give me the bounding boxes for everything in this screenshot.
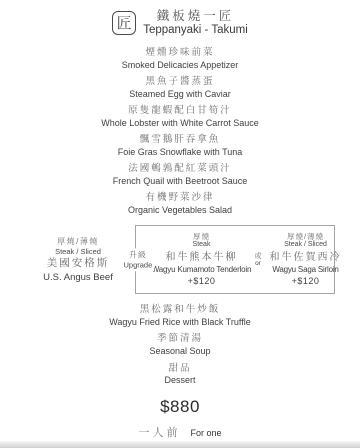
upgrade-options-box: 升級 Upgrade 厚燒 Steak 和牛熊本牛柳 Wagyu Kumamot… (135, 225, 335, 294)
upgrade-label: 升級 Upgrade (122, 248, 155, 271)
pricing-section: $880 一人前 For one (138, 396, 221, 440)
course-item-quail: 法國鵪鶉配紅菜頭汁 French Quail with Beetroot Sau… (113, 163, 248, 187)
course-name-zh: 黑松露和牛炒飯 (109, 304, 251, 317)
course-name-en: Seasonal Soup (149, 346, 210, 357)
upgrade-label-zh: 升級 (124, 250, 153, 260)
per-person-en: For one (190, 428, 221, 438)
or-label: 或 or (254, 253, 263, 268)
course-name-zh: 飄雪鵝肝吞拿魚 (118, 134, 243, 147)
beef-style-zh: 厚燒/薄燒 (263, 232, 349, 241)
restaurant-name-zh: 鐵板燒一匠 (143, 8, 248, 24)
course-item-soup: 季節清湯 Seasonal Soup (149, 333, 210, 357)
course-item-appetizer: 煙燻珍味前菜 Smoked Delicacies Appetizer (122, 47, 239, 71)
course-name-en: Wagyu Fried Rice with Black Truffle (109, 317, 251, 328)
or-label-zh: 或 (255, 253, 262, 261)
course-name-zh: 煙燻珍味前菜 (122, 47, 239, 60)
course-name-en: Dessert (164, 375, 195, 386)
beef-name-en: Wagyu Saga Sirloin (263, 265, 349, 275)
course-name-en: Whole Lobster with White Carrot Sauce (101, 118, 259, 129)
course-name-zh: 有機野菜沙律 (128, 192, 232, 205)
course-name-zh: 黑魚子醬蒸蛋 (129, 76, 231, 89)
menu-page: 匠 鐵板燒一匠 Teppanyaki - Takumi 煙燻珍味前菜 Smoke… (0, 0, 360, 440)
beef-name-zh: 和牛熊本牛柳 (150, 250, 254, 265)
course-name-en: Smoked Delicacies Appetizer (122, 60, 239, 71)
page-bottom-edge (0, 441, 360, 448)
restaurant-titles: 鐵板燒一匠 Teppanyaki - Takumi (143, 8, 248, 38)
beef-style-en: Steak / Sliced (26, 247, 131, 256)
course-item-steamed-egg: 黑魚子醬蒸蛋 Steamed Egg with Caviar (129, 76, 231, 100)
beef-style-en: Steak / Sliced (263, 241, 349, 249)
logo-character: 匠 (117, 16, 132, 31)
course-name-zh: 季節清湯 (149, 333, 210, 346)
course-item-dessert: 甜品 Dessert (164, 363, 195, 387)
course-item-foie-gras: 飄雪鵝肝吞拿魚 Foie Gras Snowflake with Tuna (118, 134, 243, 158)
upgrade-option-kumamoto-tenderloin: 厚燒 Steak 和牛熊本牛柳 Wagyu Kumamoto Tenderloi… (150, 232, 254, 287)
restaurant-name-en: Teppanyaki - Takumi (143, 24, 248, 38)
course-name-zh: 甜品 (164, 363, 195, 376)
beef-name-en: Wagyu Kumamoto Tenderloin (150, 265, 254, 275)
beef-style-en: Steak (150, 241, 254, 249)
course-name-en: Organic Vegetables Salad (128, 205, 232, 216)
beef-name-en: U.S. Angus Beef (26, 272, 131, 283)
beef-style-zh: 厚燒 (150, 232, 254, 241)
set-price: $880 (138, 396, 221, 418)
course-name-zh: 法國鵪鶉配紅菜頭汁 (113, 163, 248, 176)
course-name-en: Foie Gras Snowflake with Tuna (118, 147, 243, 158)
upgrade-price: +$120 (263, 275, 349, 288)
beef-name-zh: 美國安格斯 (26, 256, 131, 271)
or-label-en: or (255, 260, 262, 267)
base-beef-option: 厚燒/薄燒 Steak / Sliced 美國安格斯 U.S. Angus Be… (26, 237, 131, 283)
course-item-fried-rice: 黑松露和牛炒飯 Wagyu Fried Rice with Black Truf… (109, 304, 251, 328)
course-name-en: Steamed Egg with Caviar (129, 89, 231, 100)
per-person-zh: 一人前 (138, 424, 180, 440)
course-item-salad: 有機野菜沙律 Organic Vegetables Salad (128, 192, 232, 216)
beef-name-zh: 和牛佐賀西冷 (263, 250, 349, 265)
per-person-line: 一人前 For one (138, 424, 221, 440)
course-item-lobster: 原隻龍蝦配白甘筍汁 Whole Lobster with White Carro… (101, 105, 259, 129)
course-name-zh: 原隻龍蝦配白甘筍汁 (101, 105, 259, 118)
takumi-logo-icon: 匠 (112, 11, 136, 35)
beef-style-zh: 厚燒/薄燒 (26, 237, 131, 247)
upgrade-price: +$120 (150, 275, 254, 288)
beef-selection-section: 厚燒/薄燒 Steak / Sliced 美國安格斯 U.S. Angus Be… (0, 225, 360, 294)
upgrade-option-saga-sirloin: 厚燒/薄燒 Steak / Sliced 和牛佐賀西冷 Wagyu Saga S… (263, 232, 349, 287)
menu-header: 匠 鐵板燒一匠 Teppanyaki - Takumi (112, 8, 248, 38)
upgrade-label-en: Upgrade (124, 260, 153, 269)
course-name-en: French Quail with Beetroot Sauce (113, 176, 248, 187)
